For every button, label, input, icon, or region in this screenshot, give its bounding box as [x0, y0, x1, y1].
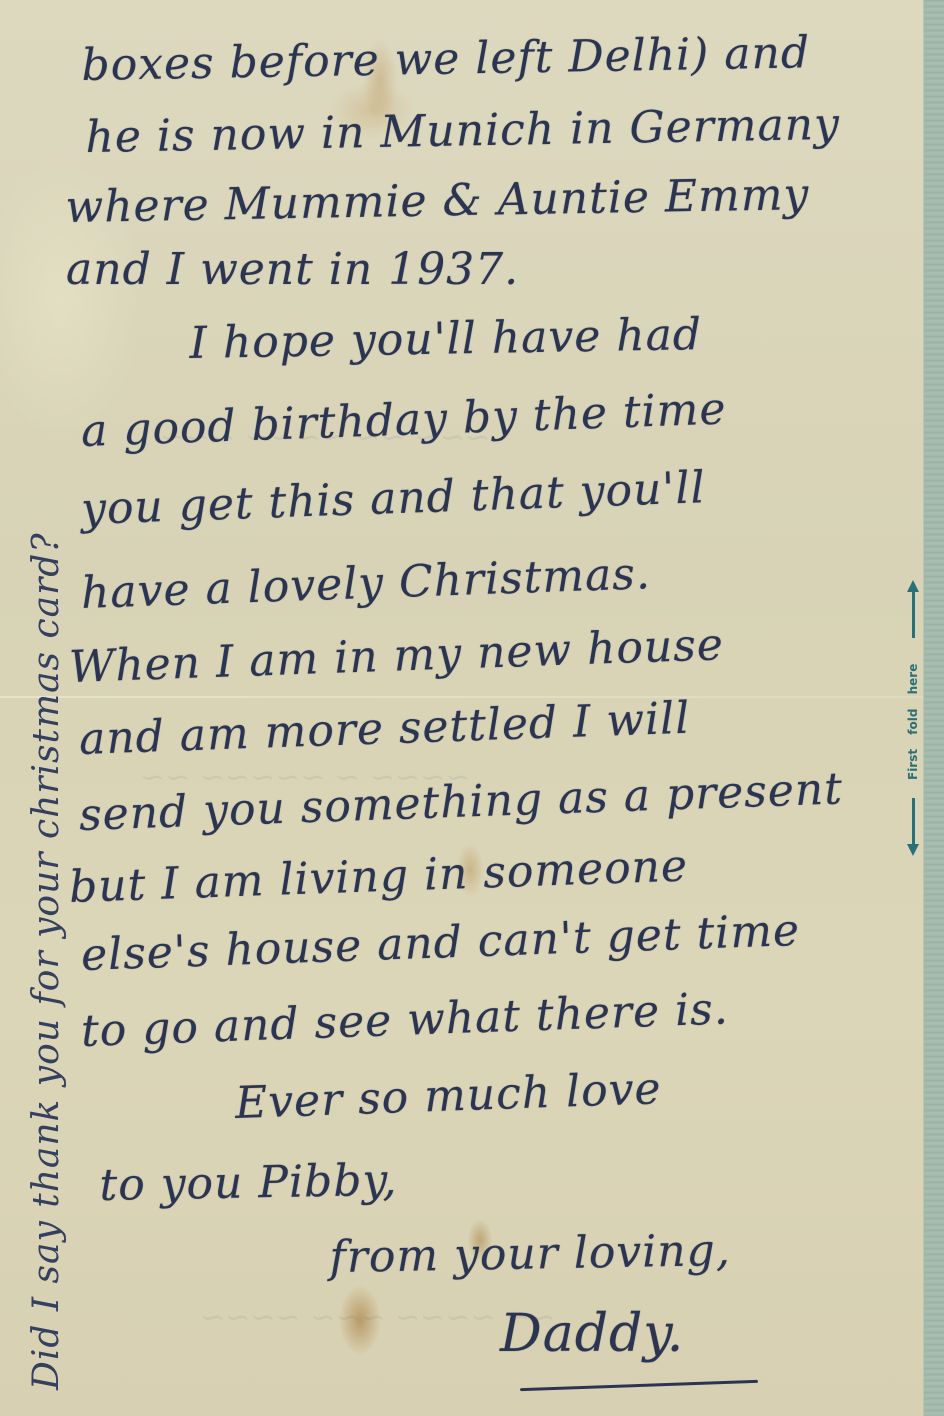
letter-line: I hope you'll have had	[189, 309, 702, 369]
fold-marker: First fold here	[906, 580, 926, 856]
letter-line: and I went in 1937.	[66, 244, 519, 295]
letter-closing: from your loving,	[329, 1225, 731, 1283]
fold-label: First fold here	[906, 664, 920, 780]
letter-line: to you Pibby,	[99, 1155, 398, 1211]
margin-note: Did I say thank you for your christmas c…	[26, 532, 67, 1390]
letter-signature: Daddy.	[500, 1304, 684, 1364]
arrow-down-icon	[912, 798, 915, 846]
envelope-edge-strip	[923, 0, 944, 1416]
arrow-up-icon	[912, 590, 915, 638]
paper-fold-crease	[0, 696, 924, 698]
